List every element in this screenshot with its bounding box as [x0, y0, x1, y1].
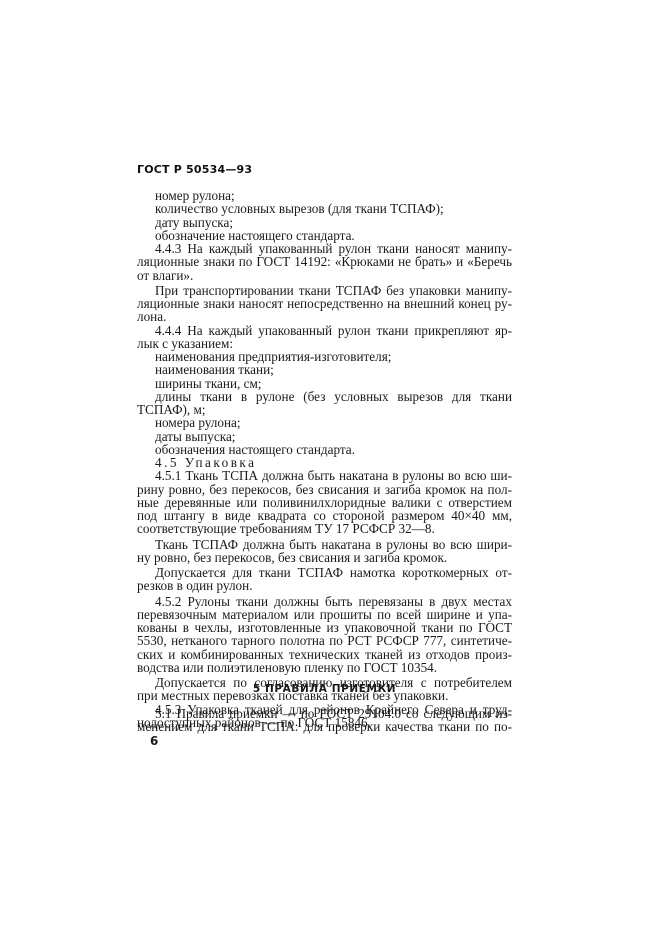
text-line: наименования ткани; — [137, 363, 512, 376]
text-line: перевязочным материалом или прошиты по в… — [137, 608, 512, 621]
text-line: лона. — [137, 310, 512, 323]
text-line: наименования предприятия-изготовителя; — [137, 350, 512, 363]
text-line: Ткань ТСПАФ должна быть накатана в рулон… — [137, 538, 512, 551]
text-line: номер рулона; — [137, 189, 512, 202]
text-line: дату выпуска; — [137, 216, 512, 229]
page-number: 6 — [150, 734, 158, 748]
section-body: 5.1 Правила приемки — по ГОСТ 29104.0 со… — [137, 707, 512, 734]
text-line: 5530, нетканого тарного полотна по РСТ Р… — [137, 634, 512, 647]
text-line: соответствующие требованиям ТУ 17 РСФСР … — [137, 522, 512, 535]
text-line: ляционные знаки по ГОСТ 14192: «Крюками … — [137, 255, 512, 268]
text-line: При транспортировании ткани ТСПАФ без уп… — [137, 284, 512, 297]
text-line: ТСПАФ), м; — [137, 403, 512, 416]
text-line: лык с указанием: — [137, 337, 512, 350]
text-line: длины ткани в рулоне (без условных вырез… — [137, 390, 512, 403]
text-line: 4.5 Упаковка — [137, 456, 512, 469]
text-line: обозначение настоящего стандарта. — [137, 229, 512, 242]
document-header: ГОСТ Р 50534—93 — [137, 163, 252, 176]
text-line: под штангу в виде квадрата со стороной р… — [137, 509, 512, 522]
text-line: количество условных вырезов (для ткани Т… — [137, 202, 512, 215]
text-line: водства или полиэтиленовую пленку по ГОС… — [137, 661, 512, 674]
text-line: от влаги». — [137, 269, 512, 282]
text-line: рину ровно, без перекосов, без свисания … — [137, 483, 512, 496]
text-line: даты выпуска; — [137, 430, 512, 443]
text-line: ляционные знаки наносят непосредственно … — [137, 297, 512, 310]
text-line: ширины ткани, см; — [137, 377, 512, 390]
text-line: 5.1 Правила приемки — по ГОСТ 29104.0 со… — [137, 707, 512, 720]
text-line: 4.5.2 Рулоны ткани должны быть перевязан… — [137, 595, 512, 608]
document-body: номер рулона;количество условных вырезов… — [137, 189, 512, 729]
text-line: 4.4.4 На каждый упакованный рулон ткани … — [137, 324, 512, 337]
text-line: ные деревянные или поливинилхлоридные ва… — [137, 496, 512, 509]
text-line: ну ровно, без перекосов, без свисания и … — [137, 551, 512, 564]
text-line: Допускается для ткани ТСПАФ намотка коро… — [137, 566, 512, 579]
section-title: 5 ПРАВИЛА ПРИЕМКИ — [137, 683, 512, 695]
text-line: обозначения настоящего стандарта. — [137, 443, 512, 456]
document-page: ГОСТ Р 50534—93 номер рулона;количество … — [0, 0, 661, 935]
text-line: 4.4.3 На каждый упакованный рулон ткани … — [137, 242, 512, 255]
text-line: номера рулона; — [137, 416, 512, 429]
text-line: ских и комбинированных технических ткане… — [137, 648, 512, 661]
text-line: 4.5.1 Ткань ТСПА должна быть накатана в … — [137, 469, 512, 482]
text-line: менением для ткани ТСПА: для проверки ка… — [137, 720, 512, 733]
text-line: кованы в чехлы, изготовленные из упаково… — [137, 621, 512, 634]
text-line: резков в один рулон. — [137, 579, 512, 592]
